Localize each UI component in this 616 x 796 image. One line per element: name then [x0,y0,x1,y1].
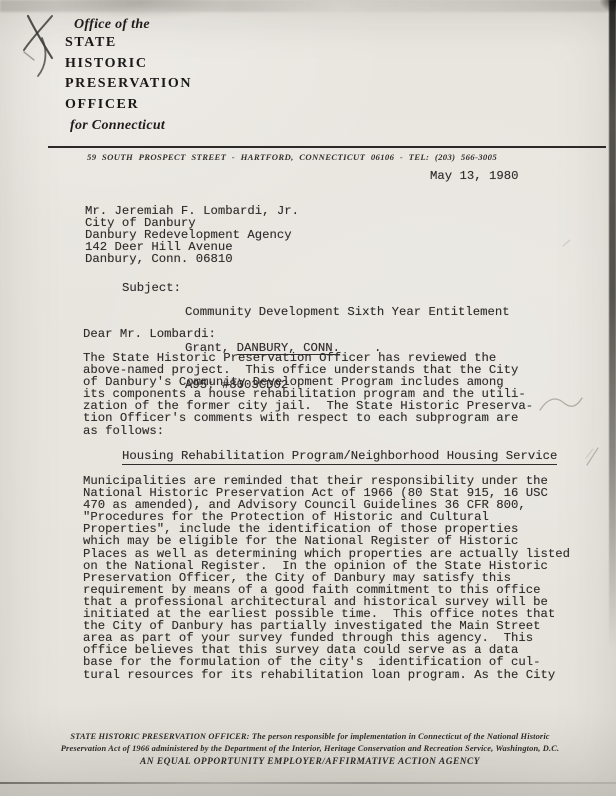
letter-date: May 13, 1980 [430,170,519,182]
letterhead-address-line: 59 SOUTH PROSPECT STREET - HARTFORD, CON… [87,152,497,162]
handwritten-x-mark [14,8,66,84]
scan-edge-shadow [609,0,616,650]
footer-line-1: STATE HISTORIC PRESERVATION OFFICER: The… [36,731,584,743]
footer-line-2: Preservation Act of 1966 administered by… [36,743,584,755]
subject-label: Subject: [122,282,181,294]
letterhead-for-connecticut: for Connecticut [70,118,165,134]
scan-smudge-patch [55,0,225,18]
footer-eeo-line: AN EQUAL OPPORTUNITY EMPLOYER/AFFIRMATIV… [36,756,584,769]
letterhead-rule [48,146,606,148]
letterhead-title: STATE HISTORIC PRESERVATION OFFICER [65,33,192,115]
salutation: Dear Mr. Lombardi: [83,328,216,340]
section-heading: Housing Rehabilitation Program/Neighborh… [122,450,557,465]
recipient-address-block: Mr. Jeremiah F. Lombardi, Jr. City of Da… [85,205,299,265]
pencil-slash-mark [583,446,601,468]
scan-corner-shadow [600,0,616,12]
pencil-dot-mark [560,236,574,250]
pencil-squiggle-mark [538,394,584,416]
letterhead-office-of-the: Office of the [74,17,150,33]
footer-block: STATE HISTORIC PRESERVATION OFFICER: The… [36,731,584,769]
scanned-letter-page: Office of the STATE HISTORIC PRESERVATIO… [0,0,616,796]
scan-bottom-shade [0,784,616,796]
body-paragraph-2: Municipalities are reminded that their r… [83,475,570,681]
body-paragraph-1: The State Historic Preservation Officer … [83,352,533,437]
subject-line-1: Community Development Sixth Year Entitle… [185,306,510,318]
